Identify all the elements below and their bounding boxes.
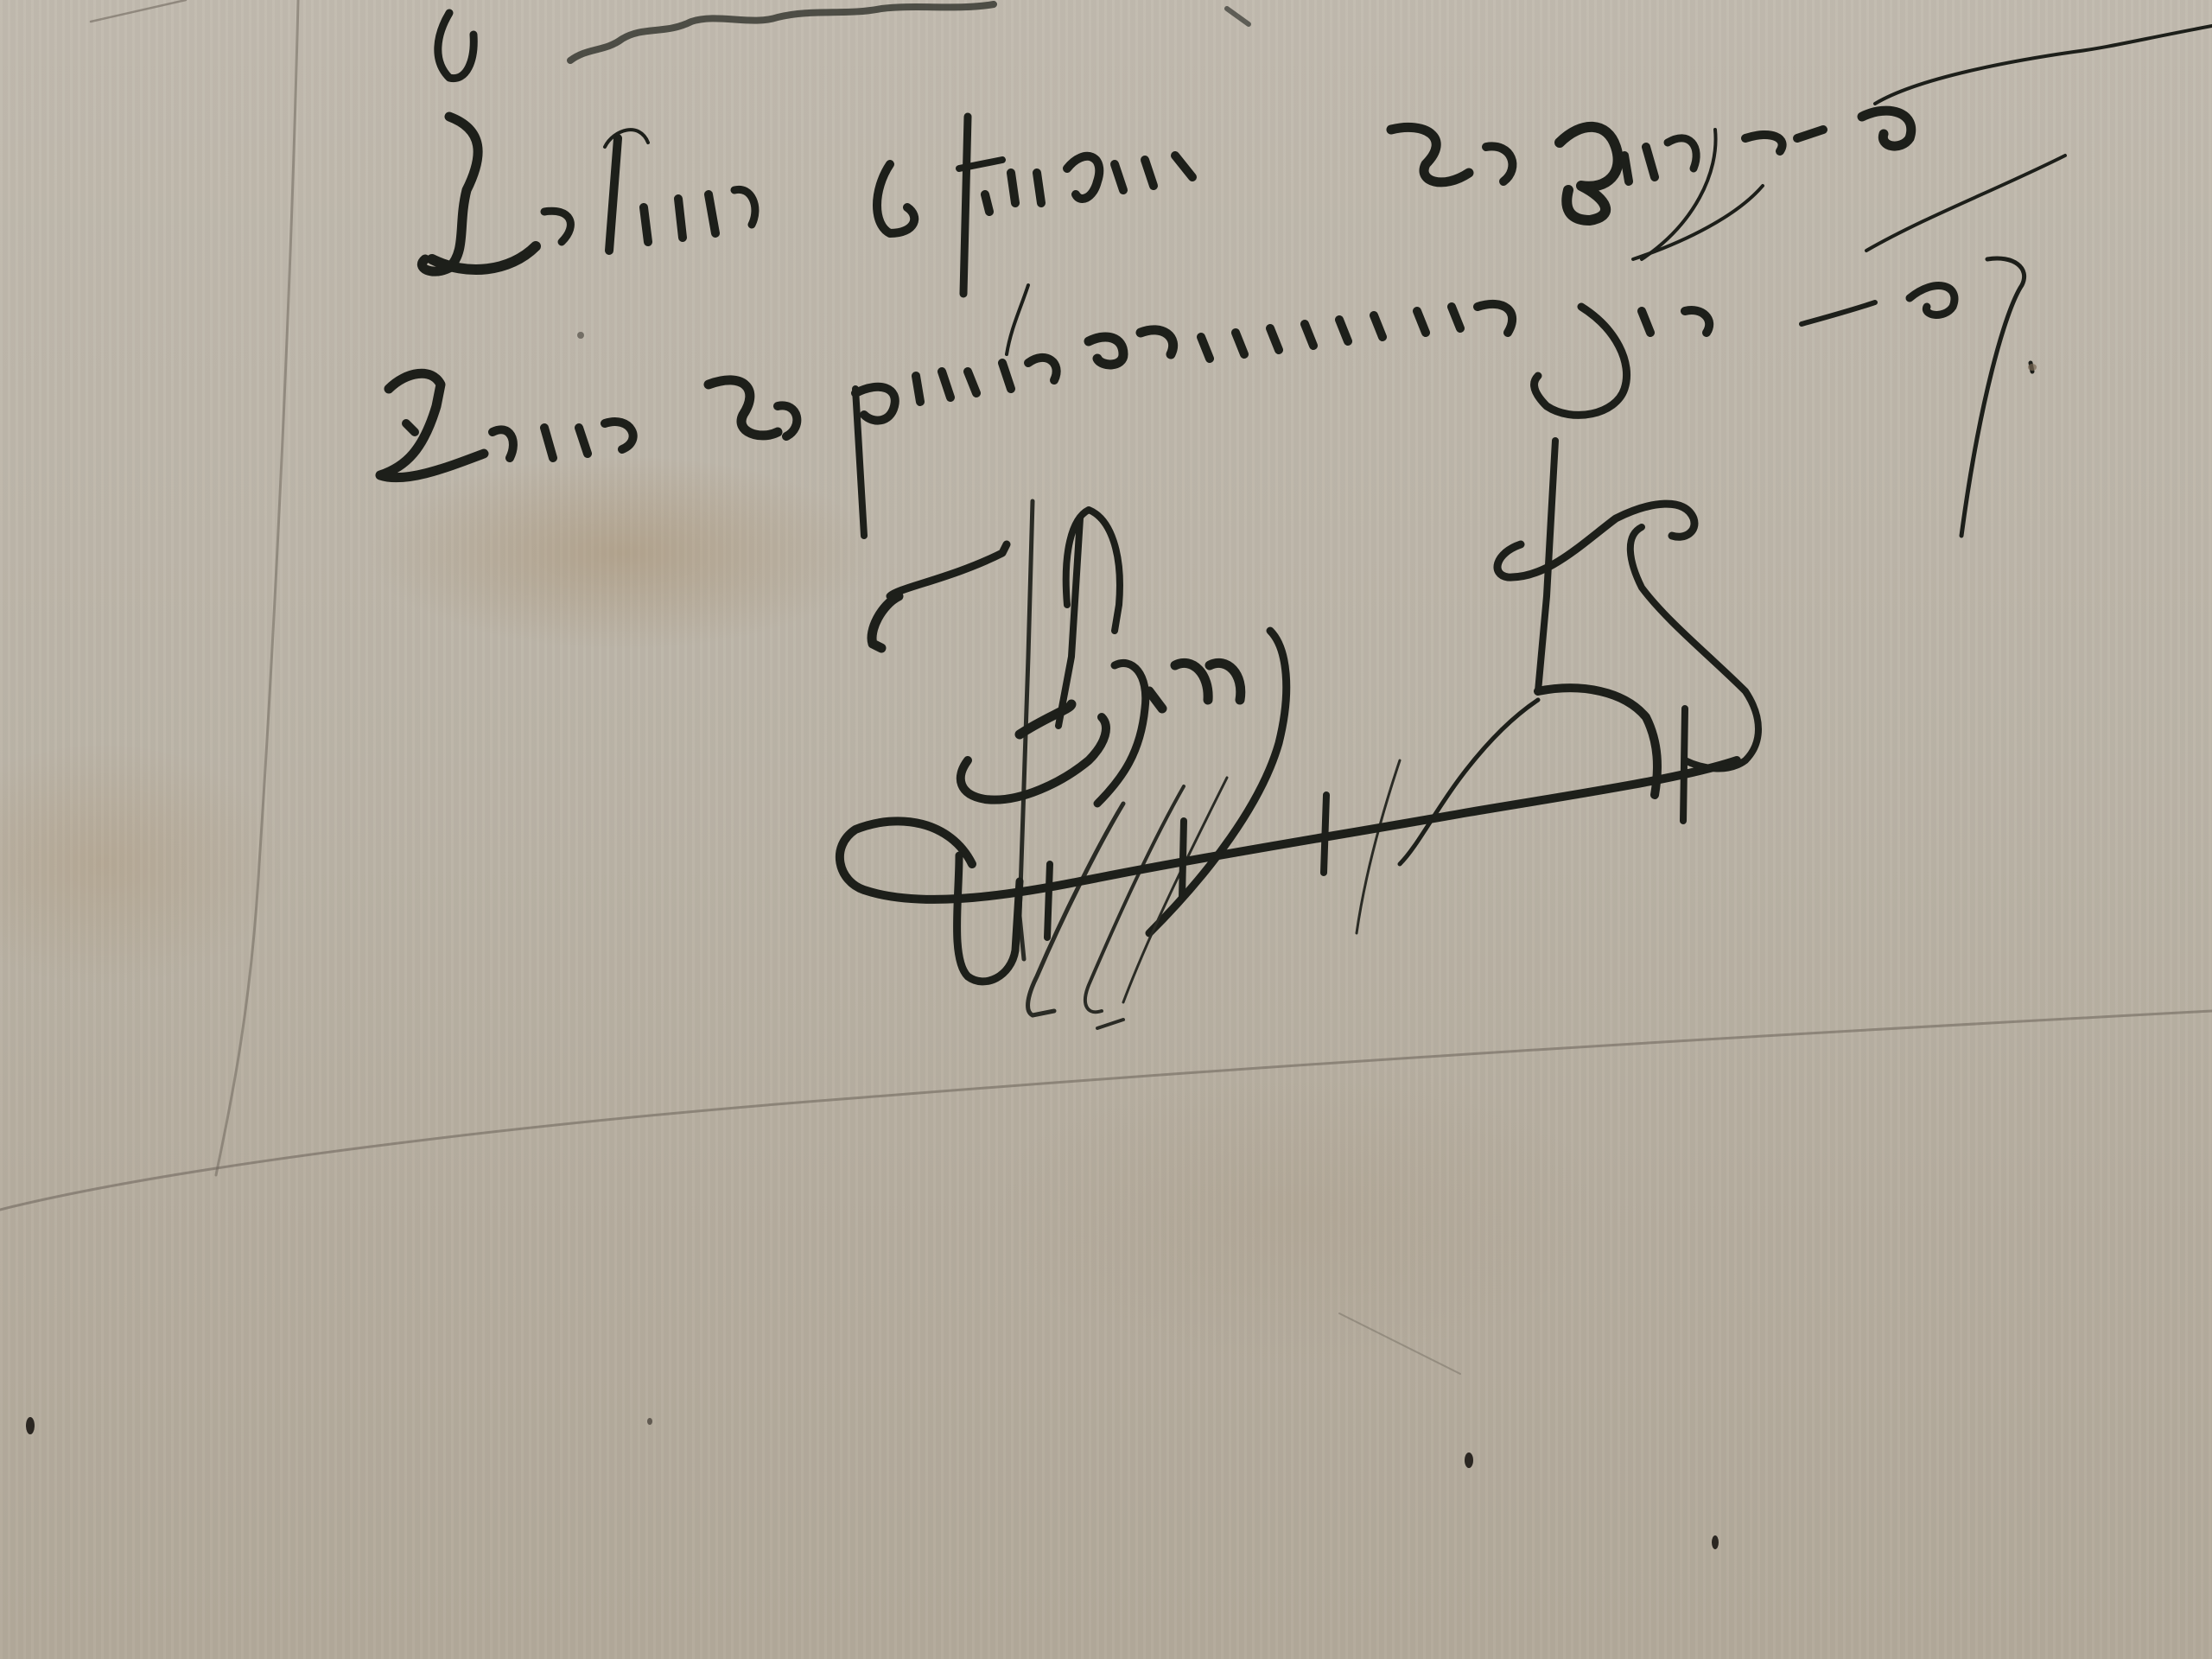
fold-line xyxy=(0,1011,2212,1210)
inscription-line-2-strokes xyxy=(380,258,2032,536)
ink-layer xyxy=(0,0,2212,1659)
ruling-lines xyxy=(0,0,2212,1374)
inscription-line-0-strokes xyxy=(438,4,1249,79)
inscription-line-1-strokes xyxy=(422,26,2212,294)
manuscript-page: …armoriez… Ce livre est au duc de Berry … xyxy=(0,0,2212,1659)
signature-strokes xyxy=(840,441,1758,1028)
